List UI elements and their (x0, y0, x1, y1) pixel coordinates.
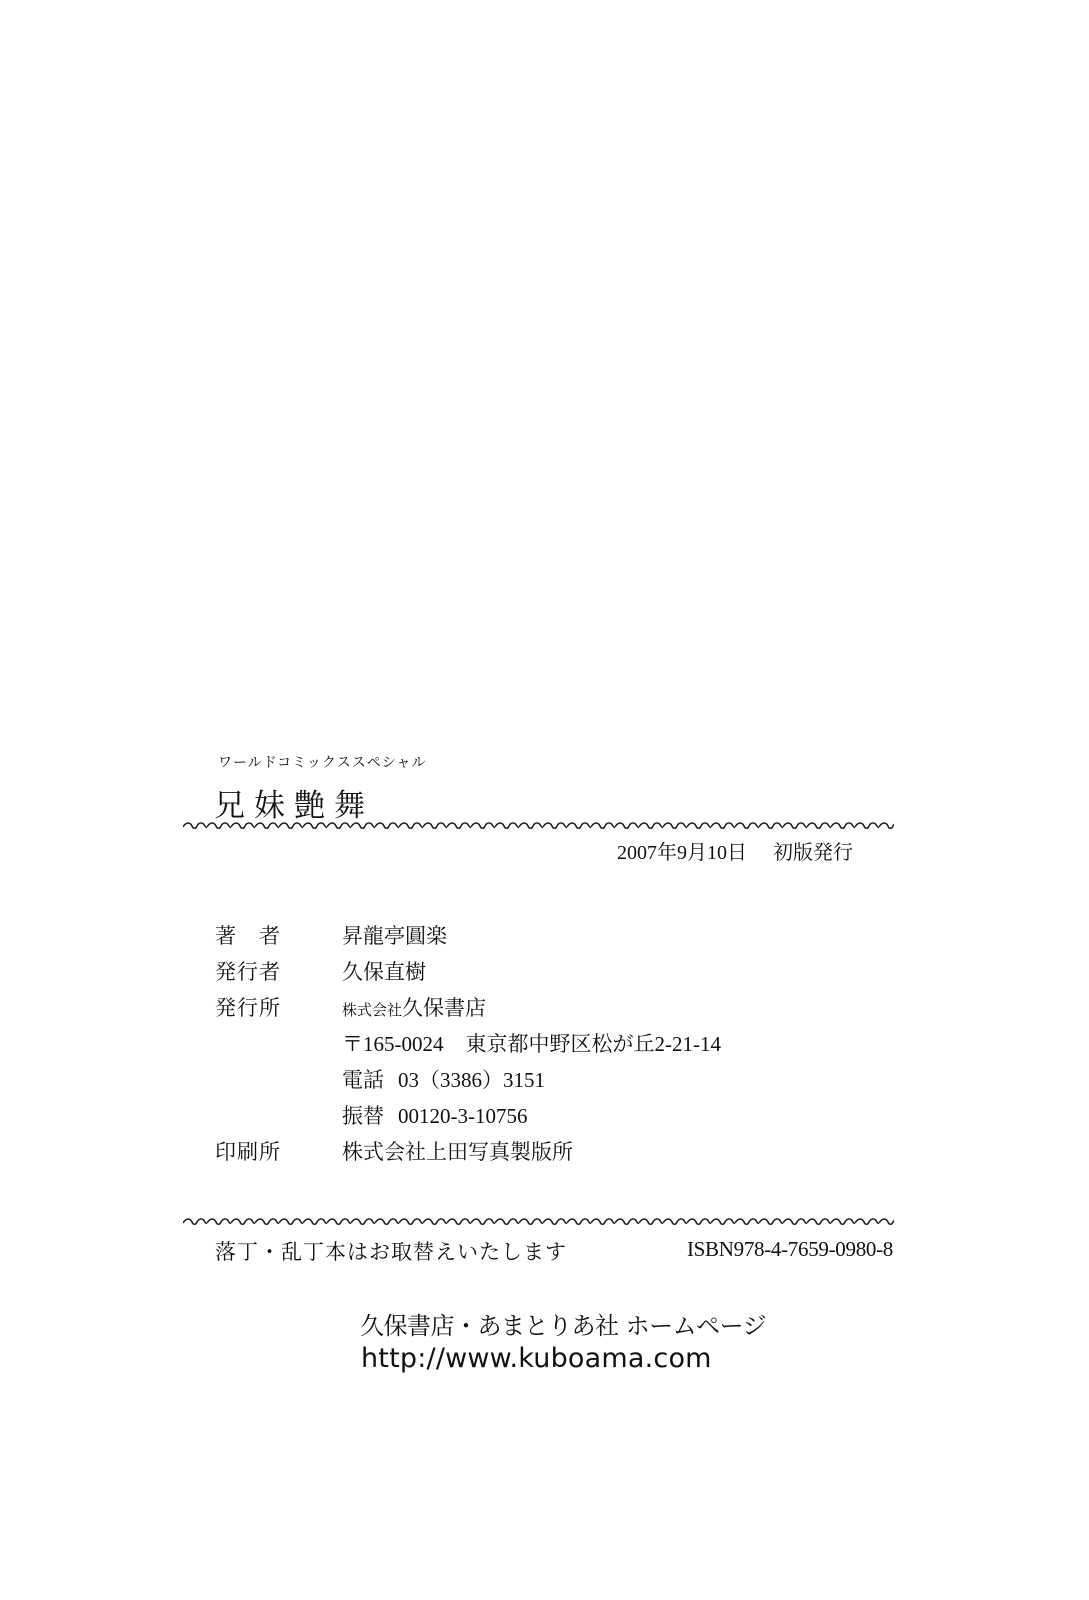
credit-label-empty (215, 1028, 342, 1064)
credit-row-printer: 印刷所 株式会社上田写真製版所 (215, 1136, 721, 1172)
address: 〒165-0024東京都中野区松が丘2-21-14 (342, 1028, 721, 1064)
credit-row-publisher-company: 発行所 株式会社久保書店 (215, 992, 721, 1028)
wave-ornament-icon (183, 821, 894, 831)
credits-table: 著 者 昇龍亭圓楽 発行者 久保直樹 発行所 株式会社久保書店 〒165-002… (215, 920, 721, 1172)
book-title: 兄妹艶舞 (214, 780, 374, 825)
credit-label-empty (215, 1064, 342, 1100)
ornament-divider-top (183, 821, 894, 831)
publication-date-line: 2007年9月10日初版発行 (617, 836, 853, 865)
transfer-label: 振替 (342, 1104, 384, 1128)
credit-row-publisher-person: 発行者 久保直樹 (215, 956, 721, 992)
transfer-account: 00120-3-10756 (398, 1104, 528, 1128)
credit-label: 発行所 (215, 992, 342, 1028)
printer-name: 株式会社上田写真製版所 (342, 1136, 573, 1172)
phone-number: 03（3386）3151 (398, 1068, 545, 1092)
publisher-name: 久保直樹 (342, 956, 426, 992)
credit-row-address: 〒165-0024東京都中野区松が丘2-21-14 (215, 1028, 721, 1064)
homepage-label: 久保書店・あまとりあ社 ホームページ (360, 1306, 766, 1341)
phone: 電話03（3386）3151 (342, 1064, 545, 1100)
credit-label-empty (215, 1100, 342, 1136)
company-name: 久保書店 (402, 996, 486, 1020)
publisher-company: 株式会社久保書店 (342, 992, 486, 1028)
isbn: ISBN978-4-7659-0980-8 (687, 1237, 893, 1262)
credit-label: 著 者 (215, 920, 342, 956)
credit-label: 発行者 (215, 956, 342, 992)
author-name: 昇龍亭圓楽 (342, 920, 447, 956)
replacement-notice: 落丁・乱丁本はお取替えいたします (215, 1236, 567, 1266)
series-name: ワールドコミックススペシャル (218, 752, 426, 772)
postal-code: 〒165-0024 (342, 1032, 444, 1056)
company-prefix: 株式会社 (342, 1003, 402, 1019)
phone-label: 電話 (342, 1068, 384, 1092)
street-address: 東京都中野区松が丘2-21-14 (466, 1032, 722, 1056)
credit-row-phone: 電話03（3386）3151 (215, 1064, 721, 1100)
credit-row-transfer: 振替00120-3-10756 (215, 1100, 721, 1136)
homepage-url[interactable]: http://www.kuboama.com (361, 1343, 712, 1374)
publication-date: 2007年9月10日 (617, 842, 747, 864)
credit-label: 印刷所 (215, 1136, 342, 1172)
credit-row-author: 著 者 昇龍亭圓楽 (215, 920, 721, 956)
transfer: 振替00120-3-10756 (342, 1100, 528, 1136)
ornament-divider-bottom (183, 1217, 894, 1227)
edition-label: 初版発行 (773, 842, 853, 864)
wave-ornament-icon (183, 1217, 894, 1227)
